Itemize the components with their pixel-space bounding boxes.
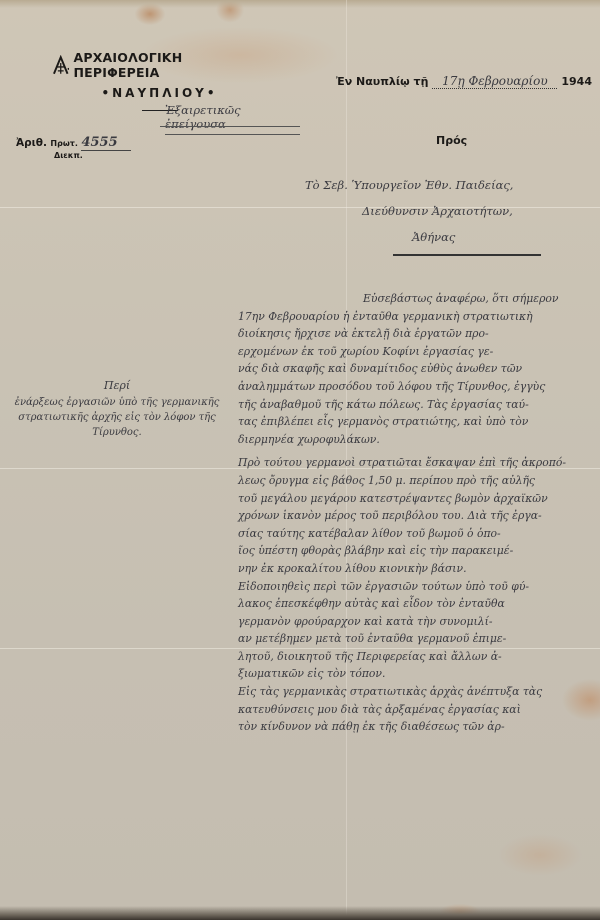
protocol-label: Πρωτ.	[50, 139, 78, 148]
letter-body: Εὐσεβάστως ἀναφέρω, ὅτι σήμερον 17ην Φεβ…	[238, 290, 596, 736]
addressee-underline	[393, 254, 541, 256]
body-paragraph: Πρὸ τούτου γερμανοὶ στρατιῶται ἔσκαψαν ἐ…	[238, 454, 596, 577]
subject-title: Περί	[12, 378, 222, 393]
reference-block: Ἀριθ. Πρωτ. 4555 Διεκπ.	[16, 135, 131, 160]
protocol-number: 4555	[81, 135, 131, 151]
place-prefix: Ἐν Ναυπλίῳ τῇ	[336, 75, 428, 88]
body-line: λητοῦ, διοικητοῦ τῆς Περιφερείας καὶ ἄλλ…	[238, 648, 596, 666]
reference-label: Ἀριθ.	[16, 137, 47, 149]
place-date-line: Ἐν Ναυπλίῳ τῇ 17ῃ Φεβρουαρίου 1944	[336, 74, 592, 89]
body-line: τας ἐπιβλέπει εἷς γερμανὸς στρατιώτης, κ…	[238, 413, 596, 431]
body-line: διερμηνέα χωροφυλάκων.	[238, 431, 596, 449]
addressee-line-2: Διεύθυνσιν Ἀρχαιοτήτων,	[362, 204, 513, 218]
dispatch-label: Διεκπ.	[54, 151, 131, 160]
body-line: γερμανὸν φρούραρχον καὶ κατὰ τὴν συνομιλ…	[238, 613, 596, 631]
body-line: νάς διὰ σκαφῆς καὶ δυναμίτιδος εὐθὺς ἀνω…	[238, 360, 596, 378]
subject-text: ἐνάρξεως ἐργασιῶν ὑπὸ τῆς γερμανικῆς στρ…	[12, 395, 222, 440]
urgency-underline	[160, 126, 300, 127]
letterhead-city: •ΝΑΥΠΛΙΟΥ•	[52, 86, 267, 100]
body-paragraph: Εἰδοποιηθεὶς περὶ τῶν ἐργασιῶν τούτων ὑπ…	[238, 578, 596, 684]
body-line: Εἰδοποιηθεὶς περὶ τῶν ἐργασιῶν τούτων ὑπ…	[238, 578, 596, 596]
body-line: αν μετέβημεν μετὰ τοῦ ἐνταῦθα γερμανοῦ ἐ…	[238, 630, 596, 648]
body-line: λακος ἐπεσκέφθην αὐτὰς καὶ εἶδον τὸν ἐντ…	[238, 595, 596, 613]
body-line: Πρὸ τούτου γερμανοὶ στρατιῶται ἔσκαψαν ἐ…	[238, 454, 596, 472]
subject-margin-note: Περί ἐνάρξεως ἐργασιῶν ὑπὸ τῆς γερμανικῆ…	[12, 378, 222, 440]
letterhead: ΑΡΧΑΙΟΛΟΓΙΚΗ ΠΕΡΙΦΕΡΕΙΑ •ΝΑΥΠΛΙΟΥ•	[52, 50, 267, 111]
body-line: 17ην Φεβρουαρίου ἡ ἐνταῦθα γερμανικὴ στρ…	[238, 308, 596, 326]
body-line: Εἰς τὰς γερμανικὰς στρατιωτικὰς ἀρχὰς ἀν…	[238, 683, 596, 701]
body-line: χρόνων ἱκανὸν μέρος τοῦ περιβόλου του. Δ…	[238, 507, 596, 525]
body-line: Εὐσεβάστως ἀναφέρω, ὅτι σήμερον	[238, 290, 596, 308]
body-paragraph: Εὐσεβάστως ἀναφέρω, ὅτι σήμερον 17ην Φεβ…	[238, 290, 596, 448]
body-line: διοίκησις ἤρχισε νὰ ἐκτελῇ διὰ ἐργατῶν π…	[238, 325, 596, 343]
archaeology-monogram-icon	[52, 55, 69, 75]
body-line: ξιωματικῶν εἰς τὸν τόπον.	[238, 665, 596, 683]
letter-page: ΑΡΧΑΙΟΛΟΓΙΚΗ ΠΕΡΙΦΕΡΕΙΑ •ΝΑΥΠΛΙΟΥ• Ἐν Να…	[0, 0, 600, 920]
body-line: νην ἐκ κροκαλίτου λίθου κιονικὴν βάσιν.	[238, 560, 596, 578]
body-line: τοῦ μεγάλου μεγάρου κατεστρέψαντες βωμὸν…	[238, 490, 596, 508]
handwritten-date: 17ῃ Φεβρουαρίου	[432, 74, 557, 89]
body-line: ἀναλημμάτων προσόδου τοῦ λόφου τῆς Τίρυν…	[238, 378, 596, 396]
letterhead-office-name: ΑΡΧΑΙΟΛΟΓΙΚΗ ΠΕΡΙΦΕΡΕΙΑ	[73, 50, 267, 80]
body-line: τὸν κίνδυνον νὰ πάθῃ ἐκ τῆς διαθέσεως τῶ…	[238, 718, 596, 736]
body-paragraph: Εἰς τὰς γερμανικὰς στρατιωτικὰς ἀρχὰς ἀν…	[238, 683, 596, 736]
recipient-heading: Πρός	[436, 134, 467, 147]
body-line: ῖος ὑπέστη φθορὰς βλάβην καὶ εἰς τὴν παρ…	[238, 542, 596, 560]
body-line: τῆς ἀναβαθμοῦ τῆς κάτω πόλεως. Τὰς ἐργασ…	[238, 396, 596, 414]
year: 1944	[561, 75, 592, 88]
body-line: λεως ὄρυγμα εἰς βάθος 1,50 μ. περίπου πρ…	[238, 472, 596, 490]
addressee-line-3: Ἀθήνας	[412, 230, 455, 244]
body-line: ερχομένων ἐκ τοῦ χωρίου Κοφίνι ἐργασίας …	[238, 343, 596, 361]
body-line: κατευθύνσεις μου διὰ τὰς ἀρξαμένας ἐργασ…	[238, 701, 596, 719]
body-line: σίας ταύτης κατέβαλαν λίθον τοῦ βωμοῦ ὁ …	[238, 525, 596, 543]
urgency-note: Ἐξαιρετικῶς ἐπείγουσα	[165, 103, 300, 135]
addressee-line-1: Τὸ Σεβ. Ὑπουργεῖον Ἐθν. Παιδείας,	[305, 178, 513, 192]
